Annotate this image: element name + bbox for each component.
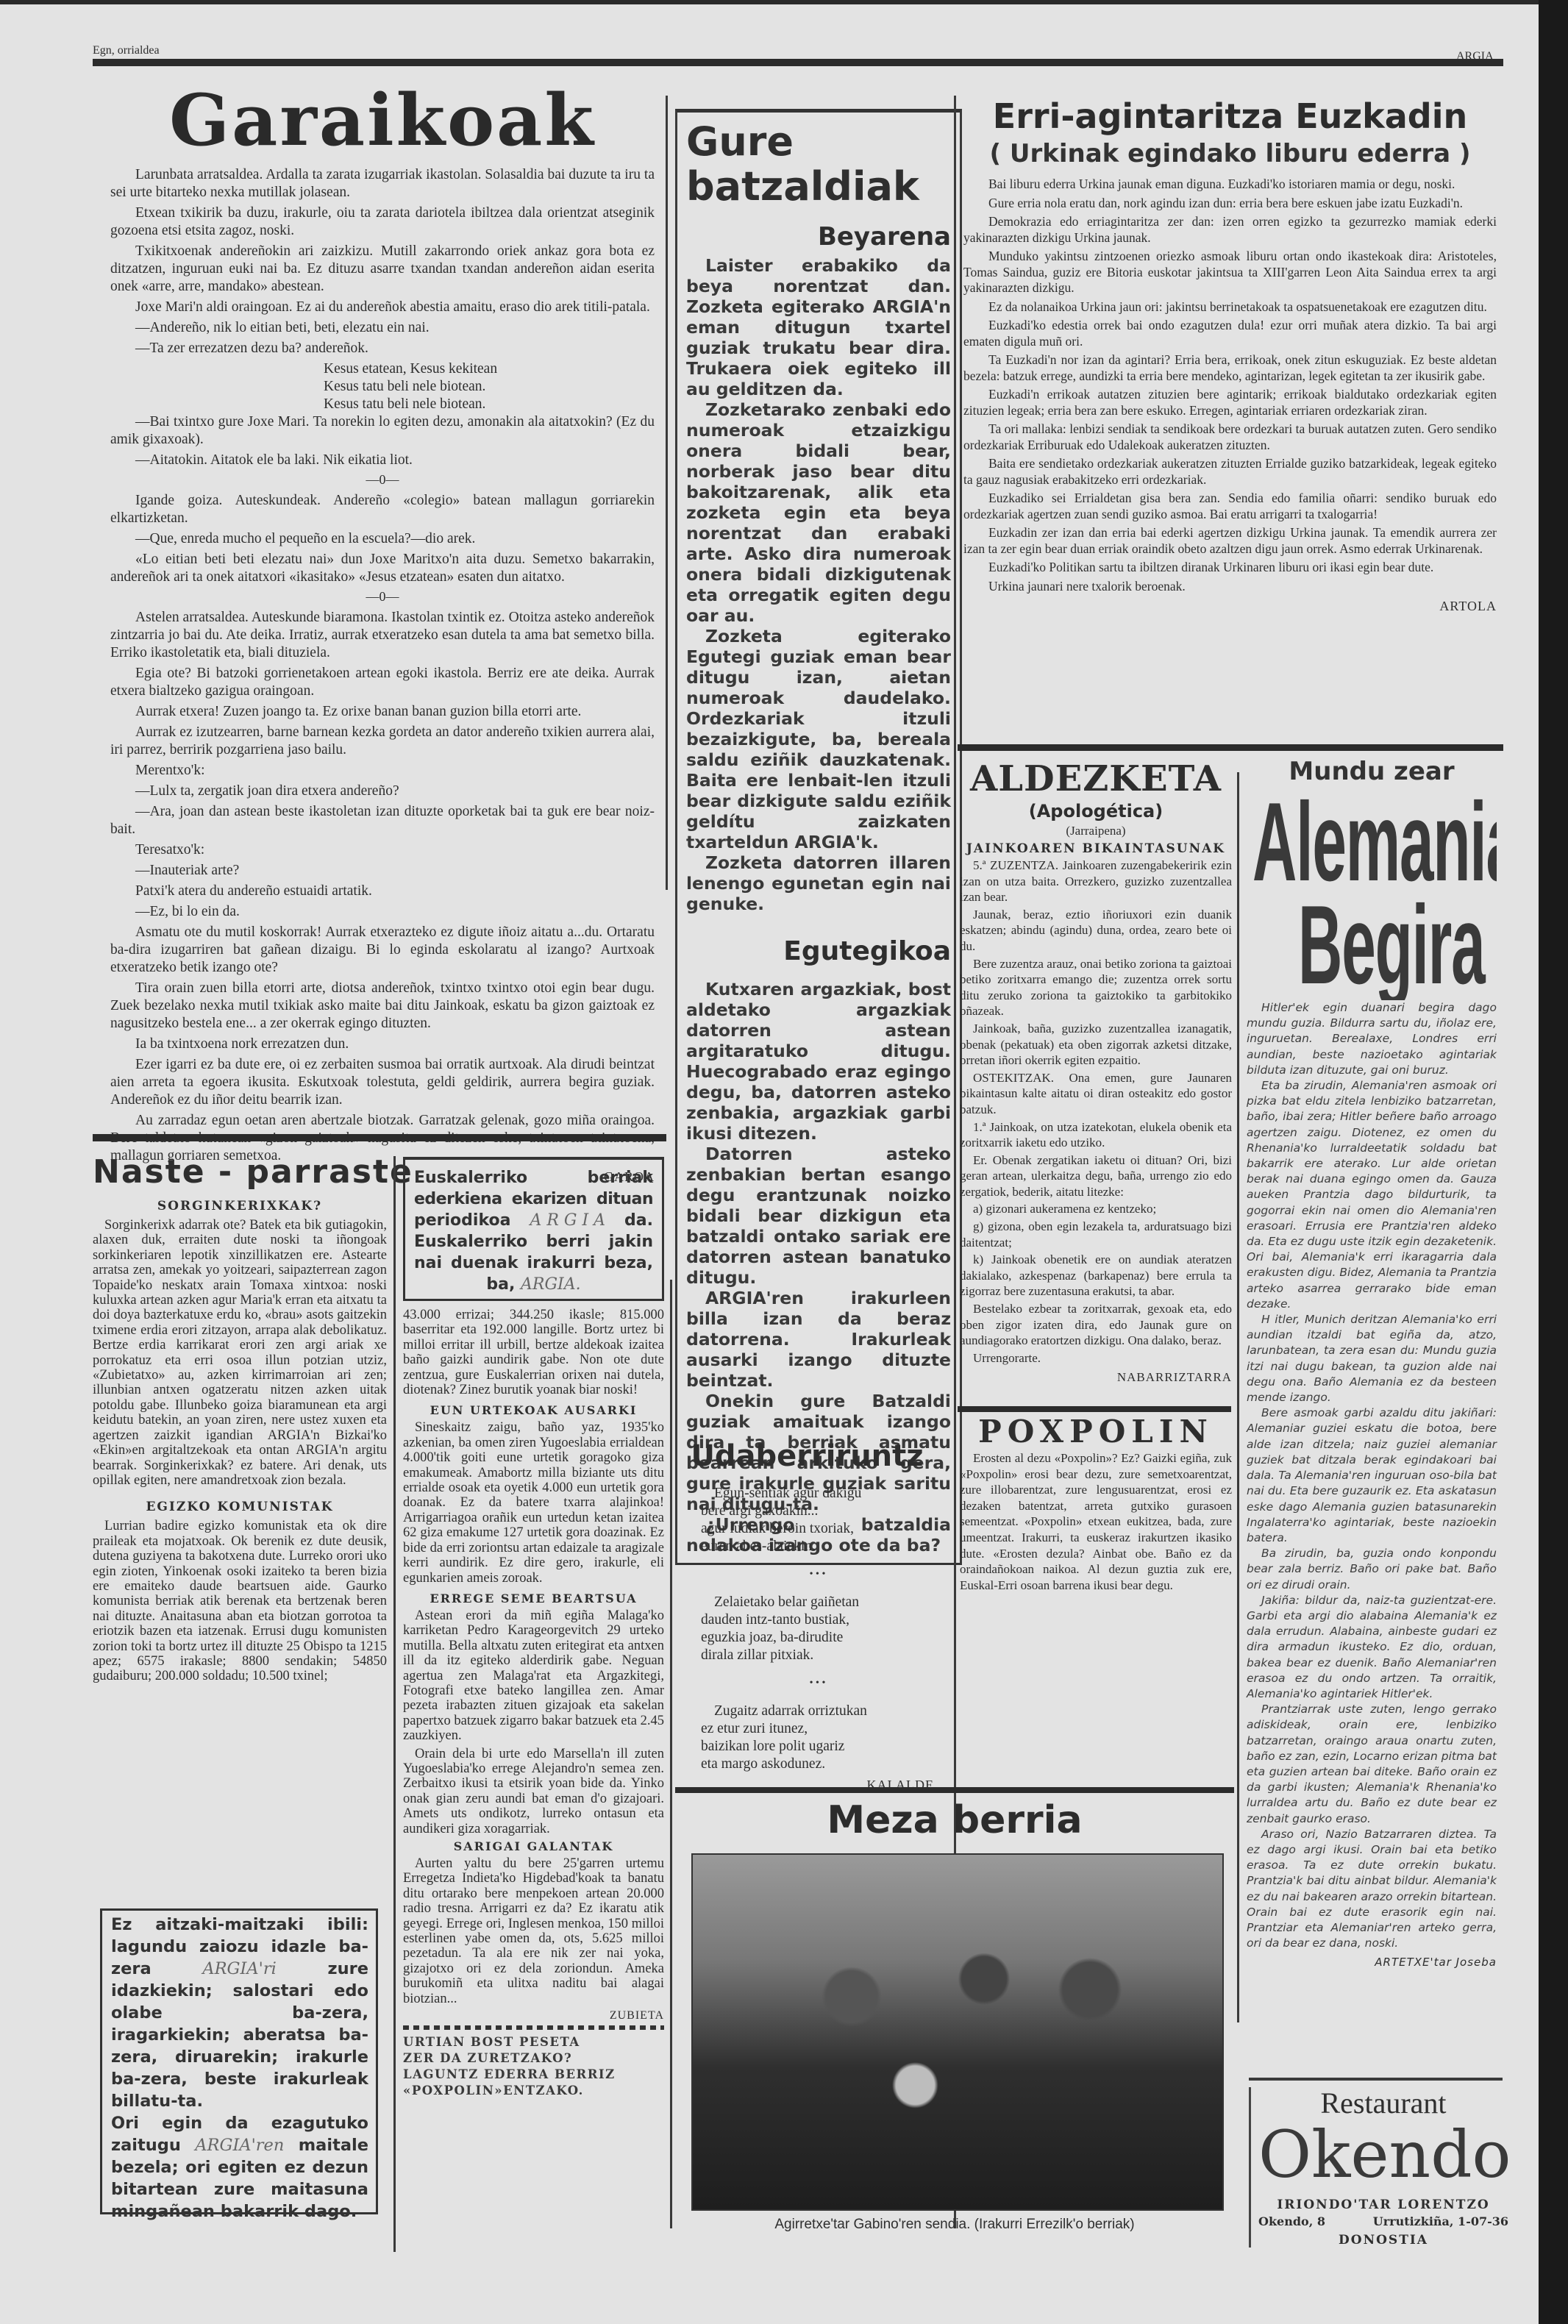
promo-text-part: zure idazkiekin; salostari edo olabe ba-…: [111, 1959, 368, 2111]
paragraph: Bere zuzentza arauz, onai betiko zoriona…: [960, 956, 1232, 1019]
ad-owner: IRIONDO'TAR LORENTZO: [1258, 2198, 1508, 2212]
paragraph: Euzkadi'ko edestia orrek bai ondo ezagut…: [963, 318, 1497, 349]
article-naste-parraste: Naste - parraste SORGINKERIXKAK? Sorgink…: [93, 1153, 387, 1687]
paragraph: Ta ori mallaka: lenbizi sendiak ta sendi…: [963, 421, 1497, 453]
paragraph: H itler, Munich deritzan Alemania'ko err…: [1247, 1312, 1497, 1405]
paragraph: Txikitxoenak andereñokin ari zaizkizu. M…: [110, 243, 655, 296]
paragraph: Datorren asteko zenbakian bertan esango …: [686, 1144, 951, 1288]
column-divider: [393, 1156, 396, 2252]
article-title-line1: Gure: [686, 120, 951, 164]
section-heading: SORGINKERIXKAK?: [93, 1199, 387, 1213]
paragraph: Joxe Mari'n aldi oraingoan. Ez ai du and…: [110, 299, 655, 316]
promo-line-part: periodikoa: [414, 1210, 510, 1231]
headline-line2: Begira: [1298, 890, 1468, 1000]
article-aldezketa: ALDEZKETA (Apologética) (Jarraipena) JAI…: [960, 758, 1232, 1385]
section-rule: [958, 1406, 1231, 1412]
section-rule: [675, 1787, 1234, 1793]
ad-name: Okendo: [1258, 2120, 1508, 2190]
paragraph: 1.ª Jainkoak, on utza izatekotan, elukel…: [960, 1119, 1232, 1151]
paragraph: Egia ote? Bi batzoki gorrienetakoen arte…: [110, 665, 655, 700]
section-title-beyarena: Beyarena: [686, 218, 951, 255]
paragraph: Laister erabakiko da beya norentzat dan.…: [686, 255, 951, 399]
poem-line: Zugaitz adarrak orriztukan: [701, 1703, 934, 1720]
paragraph: Aurrak ez izutzearren, barne barnean kez…: [110, 724, 655, 759]
paragraph: Larunbata arratsaldea. Ardalla ta zarata…: [110, 166, 655, 202]
poem-line: euren abes-alaiekin.: [701, 1538, 934, 1555]
headline-line1: Alemaniari: [1252, 787, 1497, 897]
author-signature: ARTOLA: [963, 599, 1497, 614]
argia-brand: ARGIA'ren: [195, 2136, 284, 2155]
paragraph: Ta Euzkadi'n nor izan da agintari? Erria…: [963, 352, 1497, 384]
section-kicker: Mundu zear: [1247, 756, 1497, 787]
argia-brand: ARGIA'ri: [202, 1959, 276, 1978]
paragraph: Astean erori da miñ egiña Malaga'ko karr…: [403, 1608, 664, 1744]
promo-text: Ez aitzaki-maitzaki ibili: lagundu zaioz…: [111, 1914, 368, 2112]
promo-line: nai duenak irakurri beza,: [414, 1252, 653, 1274]
poem-line: eta margo askodunez.: [701, 1756, 934, 1773]
paragraph: —Que, enreda mucho el pequeño en la escu…: [110, 530, 655, 548]
paragraph: Ezer igarri ez ba dute ere, oi ez zerbai…: [110, 1056, 655, 1109]
paragraph: Zozketa datorren illaren lenengo eguneta…: [686, 852, 951, 914]
paragraph: Euzkadiko sei Errialdetan gisa bera zan.…: [963, 491, 1497, 522]
article-mundu-zear: Mundu zear Alemaniari Begira Hitler'ek e…: [1247, 756, 1497, 1969]
paragraph: Astelen arratsaldea. Auteskunde biaramon…: [110, 609, 655, 662]
poem-line: agur ludiak beroin txoriak,: [701, 1520, 934, 1538]
poem-line: baizikan lore polit ugariz: [701, 1738, 934, 1756]
article-naste-continued: 43.000 errizai; 344.250 ikasle; 815.000 …: [403, 1308, 664, 2099]
paragraph: Orain dela bi urte edo Marsella'n ill zu…: [403, 1747, 664, 1836]
paragraph: g) gizona, oben egin lezakela ta, ardura…: [960, 1219, 1232, 1250]
paragraph: Merentxo'k:: [110, 762, 655, 780]
author-signature: NABARRIZTARRA: [960, 1370, 1232, 1385]
poem-line: Egun-sentiak agur dakigu: [701, 1485, 934, 1503]
paragraph: Baita ere sendietako ordezkariak aukerat…: [963, 456, 1497, 488]
promo-box-ez-aitzaki: Ez aitzaki-maitzaki ibili: lagundu zaioz…: [100, 1908, 378, 2214]
ad-address: Okendo, 8: [1258, 2214, 1325, 2230]
page-top-edge: [0, 0, 1568, 4]
continuation-note: (Jarraipena): [960, 822, 1232, 840]
paragraph: Aurten yaltu du bere 25'garren urtemu Er…: [403, 1856, 664, 2006]
section-separator: —0—: [110, 589, 655, 605]
argia-brand: A R G I A: [530, 1210, 605, 1231]
ad-city: DONOSTIA: [1258, 2233, 1508, 2248]
author-signature: ARTETXE'tar Joseba: [1247, 1956, 1497, 1969]
article-subtitle: ( Urkinak egindako liburu ederra ): [963, 137, 1497, 171]
article-title: Meza berria: [675, 1794, 1234, 1846]
paragraph: Bere asmoak garbi azaldu ditu jakiñari: …: [1247, 1405, 1497, 1546]
paragraph: OSTEKITZAK. Ona emen, gure Jaunaren bika…: [960, 1070, 1232, 1118]
paragraph: Etxean txikirik ba duzu, irakurle, oiu t…: [110, 204, 655, 240]
paragraph: Munduko yakintsu zintzoenen oriezko asmo…: [963, 249, 1497, 296]
page-number-label: Egn, orrialdea: [93, 44, 160, 57]
ad-phone: Urrutizkiña, 1-07-36: [1373, 2214, 1508, 2230]
promo-line: «POXPOLIN»ENTZAKO.: [403, 2083, 664, 2099]
paragraph: Lurrian badire egizko komunistak eta ok …: [93, 1519, 387, 1683]
poem-line: Kesus tatu beli nele biotean.: [110, 378, 655, 396]
section-heading: JAINKOAREN BIKAINTASUNAK: [960, 841, 1232, 856]
section-heading: EUN URTEKOAK AUSARKI: [403, 1403, 664, 1417]
argia-brand: ARGIA.: [521, 1275, 581, 1294]
paragraph: Jakiña: bildur da, naiz-ta guzientzat-er…: [1247, 1593, 1497, 1702]
article-subtitle: (Apologética): [960, 800, 1232, 822]
poem-line: dirala zillar pitxiak.: [701, 1647, 934, 1664]
paragraph: Urrengorarte.: [960, 1350, 1232, 1366]
paragraph: Ba zirudin, ba, guzia ondo konpondu bear…: [1247, 1546, 1497, 1593]
promo-line: Euskalerriko berri jakin: [414, 1231, 653, 1252]
section-title-egutegikoa: Egutegikoa: [686, 933, 951, 970]
paragraph: Eta ba zirudin, Alemania'ren asmoak ori …: [1247, 1078, 1497, 1312]
paragraph: —Inauteriak arte?: [110, 862, 655, 880]
poem-line: bere argi gaxoakin...: [701, 1503, 934, 1520]
article-gure-batzaldiak: Gure batzaldiak Beyarena Laister erabaki…: [675, 109, 962, 1565]
photo-caption: Agirretxe'tar Gabino'ren sendia. (Irakur…: [675, 2217, 1234, 2233]
column-divider: [1237, 772, 1239, 2022]
header-rule: [93, 59, 1503, 66]
paragraph: Araso ori, Nazio Batzarraren diztea. Ta …: [1247, 1827, 1497, 1952]
paragraph: —Aitatokin. Aitatok ele ba laki. Nik eik…: [110, 452, 655, 469]
paragraph: —Ara, joan dan astean beste ikastoletan …: [110, 803, 655, 838]
paragraph: a) gizonari aukeramena ez kentzeko;: [960, 1201, 1232, 1217]
paragraph: Jainkoak, baña, guzizko zuzentzallea iza…: [960, 1021, 1232, 1069]
paragraph: Kutxaren argazkiak, bost aldetako argazk…: [686, 979, 951, 1144]
paragraph: Aurrak etxera! Zuzen joango ta. Ez orixe…: [110, 703, 655, 721]
section-separator: —0—: [110, 472, 655, 488]
promo-line: Euskalerriko berriak: [414, 1167, 653, 1188]
paragraph: 5.ª ZUZENTZA. Jainkoaren zuzengabekeriri…: [960, 858, 1232, 905]
paragraph: —Lulx ta, zergatik joan dira etxera ande…: [110, 783, 655, 800]
article-erri-agintaritza: Erri-agintaritza Euzkadin ( Urkinak egin…: [963, 96, 1497, 614]
promo-line: ederkiena ekarizen dituan: [414, 1188, 653, 1210]
paragraph: —Ta zer errezatzen dezu ba? andereñok.: [110, 340, 655, 357]
page-right-edge: [1539, 0, 1568, 2324]
article-title: POXPOLIN: [960, 1414, 1232, 1450]
paragraph: 43.000 errizai; 344.250 ikasle; 815.000 …: [403, 1308, 664, 1397]
article-garaikoak: Garaikoak Larunbata arratsaldea. Ardalla…: [110, 81, 655, 1185]
paragraph: Bestelako ezbear ta zoritxarrak, gexoak …: [960, 1301, 1232, 1349]
article-title: Garaikoak: [110, 81, 655, 160]
paragraph: Urkina jaunari nere txalorik beroenak.: [963, 579, 1497, 595]
paragraph: Erosten al dezu «Poxpolin»? Ez? Gaizki e…: [960, 1450, 1232, 1593]
paragraph: ARGIA'ren irakurleen billa izan da beraz…: [686, 1288, 951, 1391]
column-divider: [670, 1280, 672, 2228]
paragraph: Prantziarrak uste zuten, lengo gerrako a…: [1247, 1702, 1497, 1827]
article-title: Naste - parraste: [93, 1153, 387, 1191]
poem-title: Udaberriruntz: [680, 1438, 934, 1475]
paragraph: Sorginkerixk adarrak ote? Batek eta bik …: [93, 1218, 387, 1488]
paragraph: Euzkadi'n errikoak autatzen zituzien ber…: [963, 387, 1497, 418]
paragraph: —Ez, bi lo ein da.: [110, 903, 655, 921]
paragraph: Zozketa egiterako Egutegi guziak eman be…: [686, 626, 951, 852]
promo-text: Ori egin da ezagutuko zaitugu ARGIA'ren …: [111, 2112, 368, 2223]
paragraph: Igande goiza. Auteskundeak. Andereño «co…: [110, 492, 655, 527]
article-poxpolin: POXPOLIN Erosten al dezu «Poxpolin»? Ez?…: [960, 1414, 1232, 1596]
column-divider: [666, 96, 668, 890]
paragraph: Tira orain zuen billa etorri arte, diots…: [110, 980, 655, 1033]
paragraph: —Andereño, nik lo eitian beti, beti, ele…: [110, 319, 655, 337]
article-title-line2: batzaldiak: [686, 164, 951, 210]
promo-line: URTIAN BOST PESETA: [403, 2034, 664, 2050]
headline-block: Alemaniari Begira: [1247, 787, 1497, 1000]
poem-line: Kesus tatu beli nele biotean.: [110, 396, 655, 413]
paragraph: —Bai txintxo gure Joxe Mari. Ta norekin …: [110, 413, 655, 449]
paragraph: Patxi'k atera du andereño estuaidi artat…: [110, 883, 655, 900]
poem-line: Zelaietako belar gaiñetan: [701, 1594, 934, 1611]
section-rule: [93, 1134, 666, 1141]
paragraph: k) Jainkoak obenetik ere on aundiak ater…: [960, 1252, 1232, 1300]
paragraph: Hitler'ek egin duanari begira dago mundu…: [1247, 1000, 1497, 1078]
paragraph: Ez da nolanaikoa Urkina jaun ori: jakint…: [963, 299, 1497, 316]
section-heading: EGIZKO KOMUNISTAK: [93, 1500, 387, 1514]
promo-line: ZER DA ZURETZAKO?: [403, 2050, 664, 2067]
article-title: ALDEZKETA: [960, 758, 1232, 800]
stanza-separator: • • •: [701, 1675, 934, 1692]
paragraph: Bai liburu ederra Urkina jaunak eman dig…: [963, 177, 1497, 193]
stanza-separator: • • •: [701, 1566, 934, 1583]
promo-box-euskalerriko: Euskalerriko berriak ederkiena ekarizen …: [403, 1157, 664, 1301]
group-portrait-photo: [691, 1853, 1224, 2211]
paragraph: Er. Obenak zergatikan iaketu oi dituan? …: [960, 1152, 1232, 1200]
paragraph: Sineskaitz zaigu, baño yaz, 1935'ko azke…: [403, 1420, 664, 1585]
ad-rule: [1249, 2078, 1503, 2081]
paragraph: Demokrazia edo erriagintaritza zer dan: …: [963, 214, 1497, 246]
poem-line: dauden intz-tanto bustiak,: [701, 1611, 934, 1629]
section-rule: [958, 744, 1503, 751]
ad-restaurant-okendo: Restaurant Okendo IRIONDO'TAR LORENTZO O…: [1249, 2087, 1508, 2248]
paragraph: Euzkadi'ko Politikan sartu ta ibiltzen d…: [963, 560, 1497, 576]
newspaper-page: Egn, orrialdea ARGIA Garaikoak Larunbata…: [0, 0, 1568, 2324]
promo-line-part: ba,: [486, 1275, 515, 1294]
poem-line: ez etur zuri itunez,: [701, 1720, 934, 1738]
promo-line: LAGUNTZ EDERRA BERRIZ: [403, 2067, 664, 2083]
paragraph: Jaunak, beraz, eztio iñoriuxori ezin dua…: [960, 907, 1232, 955]
paragraph: Ia ba txintxoena nork errezatzen dun.: [110, 1036, 655, 1053]
paragraph: Zozketarako zenbaki edo numeroak etzaizk…: [686, 399, 951, 626]
decorative-rule: [403, 2025, 664, 2030]
article-title: Erri-agintaritza Euzkadin: [963, 96, 1497, 137]
section-heading: SARIGAI GALANTAK: [403, 1839, 664, 1853]
author-signature: ZUBIETA: [403, 2009, 664, 2022]
poem-udaberriruntz: Udaberriruntz Egun-sentiak agur dakigu b…: [680, 1438, 934, 1793]
poem-line: Kesus etatean, Kesus kekitean: [110, 360, 655, 378]
ad-kicker: Restaurant: [1258, 2087, 1508, 2120]
paragraph: Euzkadin zer izan dan erria bai ederki a…: [963, 525, 1497, 557]
section-heading: ERREGE SEME BEARTSUA: [403, 1591, 664, 1605]
paragraph: Gure erria nola eratu dan, nork agindu i…: [963, 196, 1497, 212]
paragraph: Teresatxo'k:: [110, 841, 655, 859]
promo-line-part: da.: [624, 1210, 653, 1231]
paragraph: Asmatu ote du mutil koskorrak! Aurrak et…: [110, 924, 655, 977]
poem-line: eguzkia joaz, ba-dirudite: [701, 1629, 934, 1647]
paragraph: «Lo eitian beti beti elezatu nai» dun Jo…: [110, 551, 655, 586]
